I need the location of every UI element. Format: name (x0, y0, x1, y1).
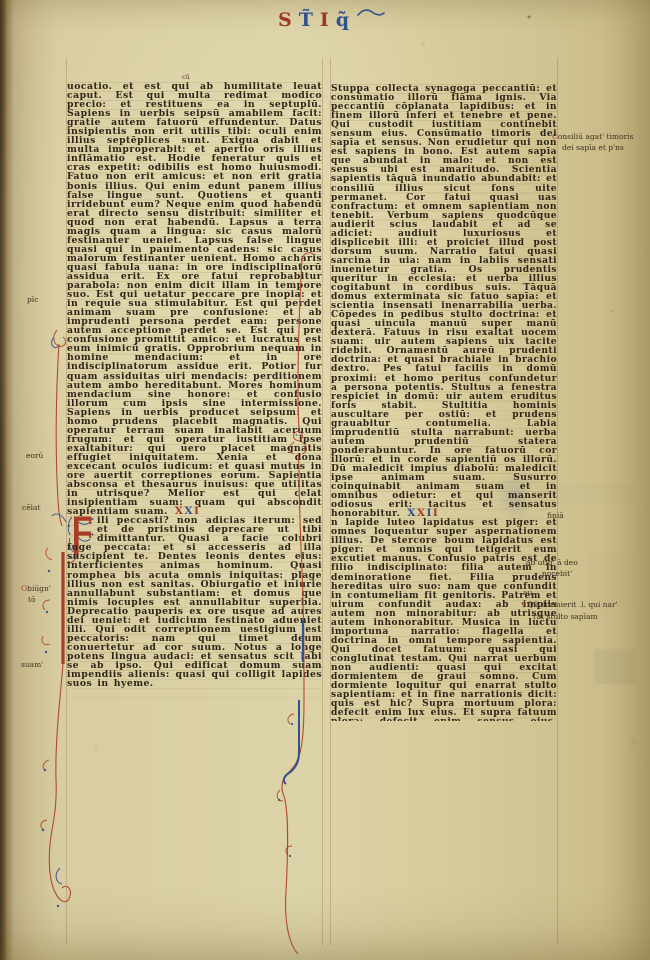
body-text: ili peccasti? non adicias iterum: sed et… (67, 515, 322, 689)
decorated-initial-F (67, 516, 94, 543)
body-text: uocatio. et est qui ab humilitate leuat … (67, 82, 322, 517)
header-letter: S (278, 9, 299, 31)
margin-note-consilium: Consiliū agat' timoris dei sapīa et p'ns (552, 131, 633, 153)
manuscript-page: ST̃Iq̃ cū uocatio. et est qui ab humilit… (0, 0, 650, 960)
header-letter: T̃ (299, 9, 320, 31)
margin-note-qui-dormierit: ¶ Qū dormierit .l. qui nar' rat stulto s… (521, 599, 618, 622)
running-header: ST̃Iq̃ (278, 6, 386, 31)
margin-note-obiurgato: Obiūgn' tō (21, 583, 51, 605)
ruling-line-right (557, 58, 558, 946)
header-letter: q̃ (336, 9, 356, 31)
margin-note-finia: finiā (547, 510, 564, 521)
header-letter: I (320, 9, 336, 31)
text-column-left: uocatio. et est qui ab humilitate leuat … (67, 82, 322, 701)
margin-note-au: au (523, 587, 532, 598)
interlinear-gloss: cū (182, 73, 190, 81)
margin-note-ab-utroque: ab utiq' ā deo nocebit' (526, 557, 578, 579)
body-text: Stuppa collecta synagoga peccantiū: et c… (331, 84, 557, 519)
ruling-line-intercol-1 (322, 58, 323, 946)
margin-note-pic: pīc (27, 294, 38, 305)
text-column-right: Stuppa collecta synagoga peccantiū: et c… (331, 84, 557, 721)
header-flourish-icon (356, 6, 386, 20)
margin-note-eorum: eorū (26, 450, 43, 461)
show-through-block (594, 650, 636, 684)
margin-note-celat: cēlat (22, 502, 41, 513)
margin-note-suam: suam' (21, 659, 43, 670)
